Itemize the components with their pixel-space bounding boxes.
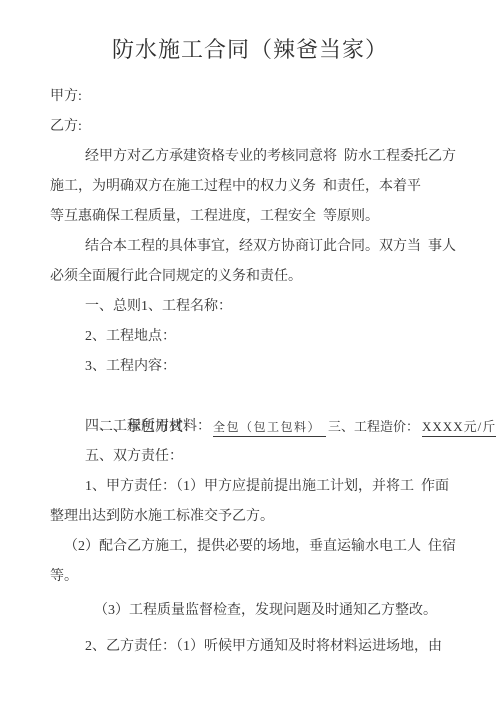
intro-paragraph-line-2: 施工，为明确双方在施工过程中的权力义务 和责任，本着平: [0, 172, 500, 202]
contract-document-page: 防水施工合同（辣爸当家） 甲方: 乙方: 经甲方对乙方承建资格专业的考核同意将 …: [0, 0, 500, 727]
agreement-paragraph-line-1: 结合本工程的具体事宜，经双方协商订此合同。双方当 事人: [0, 232, 500, 262]
party-a-clause-3: （3）工程质量监督检查，发现问题及时通知乙方整改。: [0, 596, 500, 626]
project-cost-label: 三、工程造价：: [328, 419, 419, 434]
intro-paragraph-line-3: 等互惠确保工程质量，工程进度，工程安全 等原则。: [0, 202, 500, 232]
agreement-paragraph-line-2: 必须全面履行此合同规定的义务和责任。: [0, 262, 500, 292]
contract-method-value-underlined: 全包（包工包料）: [213, 420, 326, 437]
document-title: 防水施工合同（辣爸当家）: [0, 0, 500, 66]
party-b-label: 乙方:: [0, 112, 500, 142]
section-1-project-content: 3、工程内容：: [0, 352, 500, 382]
intro-paragraph-line-1: 经甲方对乙方承建资格专业的考核同意将 防水工程委托乙方: [0, 142, 500, 172]
party-a-clause-2-line-2: 等。: [0, 562, 500, 592]
party-a-responsibility-line-2: 整理出达到防水施工标准交予乙方。: [0, 502, 500, 532]
section-1-general-project-name: 一、总则1、工程名称：: [0, 292, 500, 322]
party-a-clause-2-line-1: （2）配合乙方施工，提供必要的场地，垂直运输水电工人 住宿: [0, 532, 500, 562]
party-a-label: 甲方:: [0, 82, 500, 112]
project-cost-value-underlined: XXXX元/斤: [422, 419, 496, 437]
section-1-project-location: 2、工程地点：: [0, 322, 500, 352]
party-a-responsibility-line-1: 1、甲方责任：（1）甲方应提前提出施工计划，并将工 作面: [0, 472, 500, 502]
section-5-responsibilities: 五、双方责任：: [0, 442, 500, 472]
party-b-responsibility-line-1: 2、乙方责任：（1）听候甲方通知及时将材料运进场地，由: [0, 632, 500, 662]
section-2-contract-method-line: 二、承包方式：全包（包工包料）三、工程造价：XXXX元/斤: [0, 382, 500, 412]
